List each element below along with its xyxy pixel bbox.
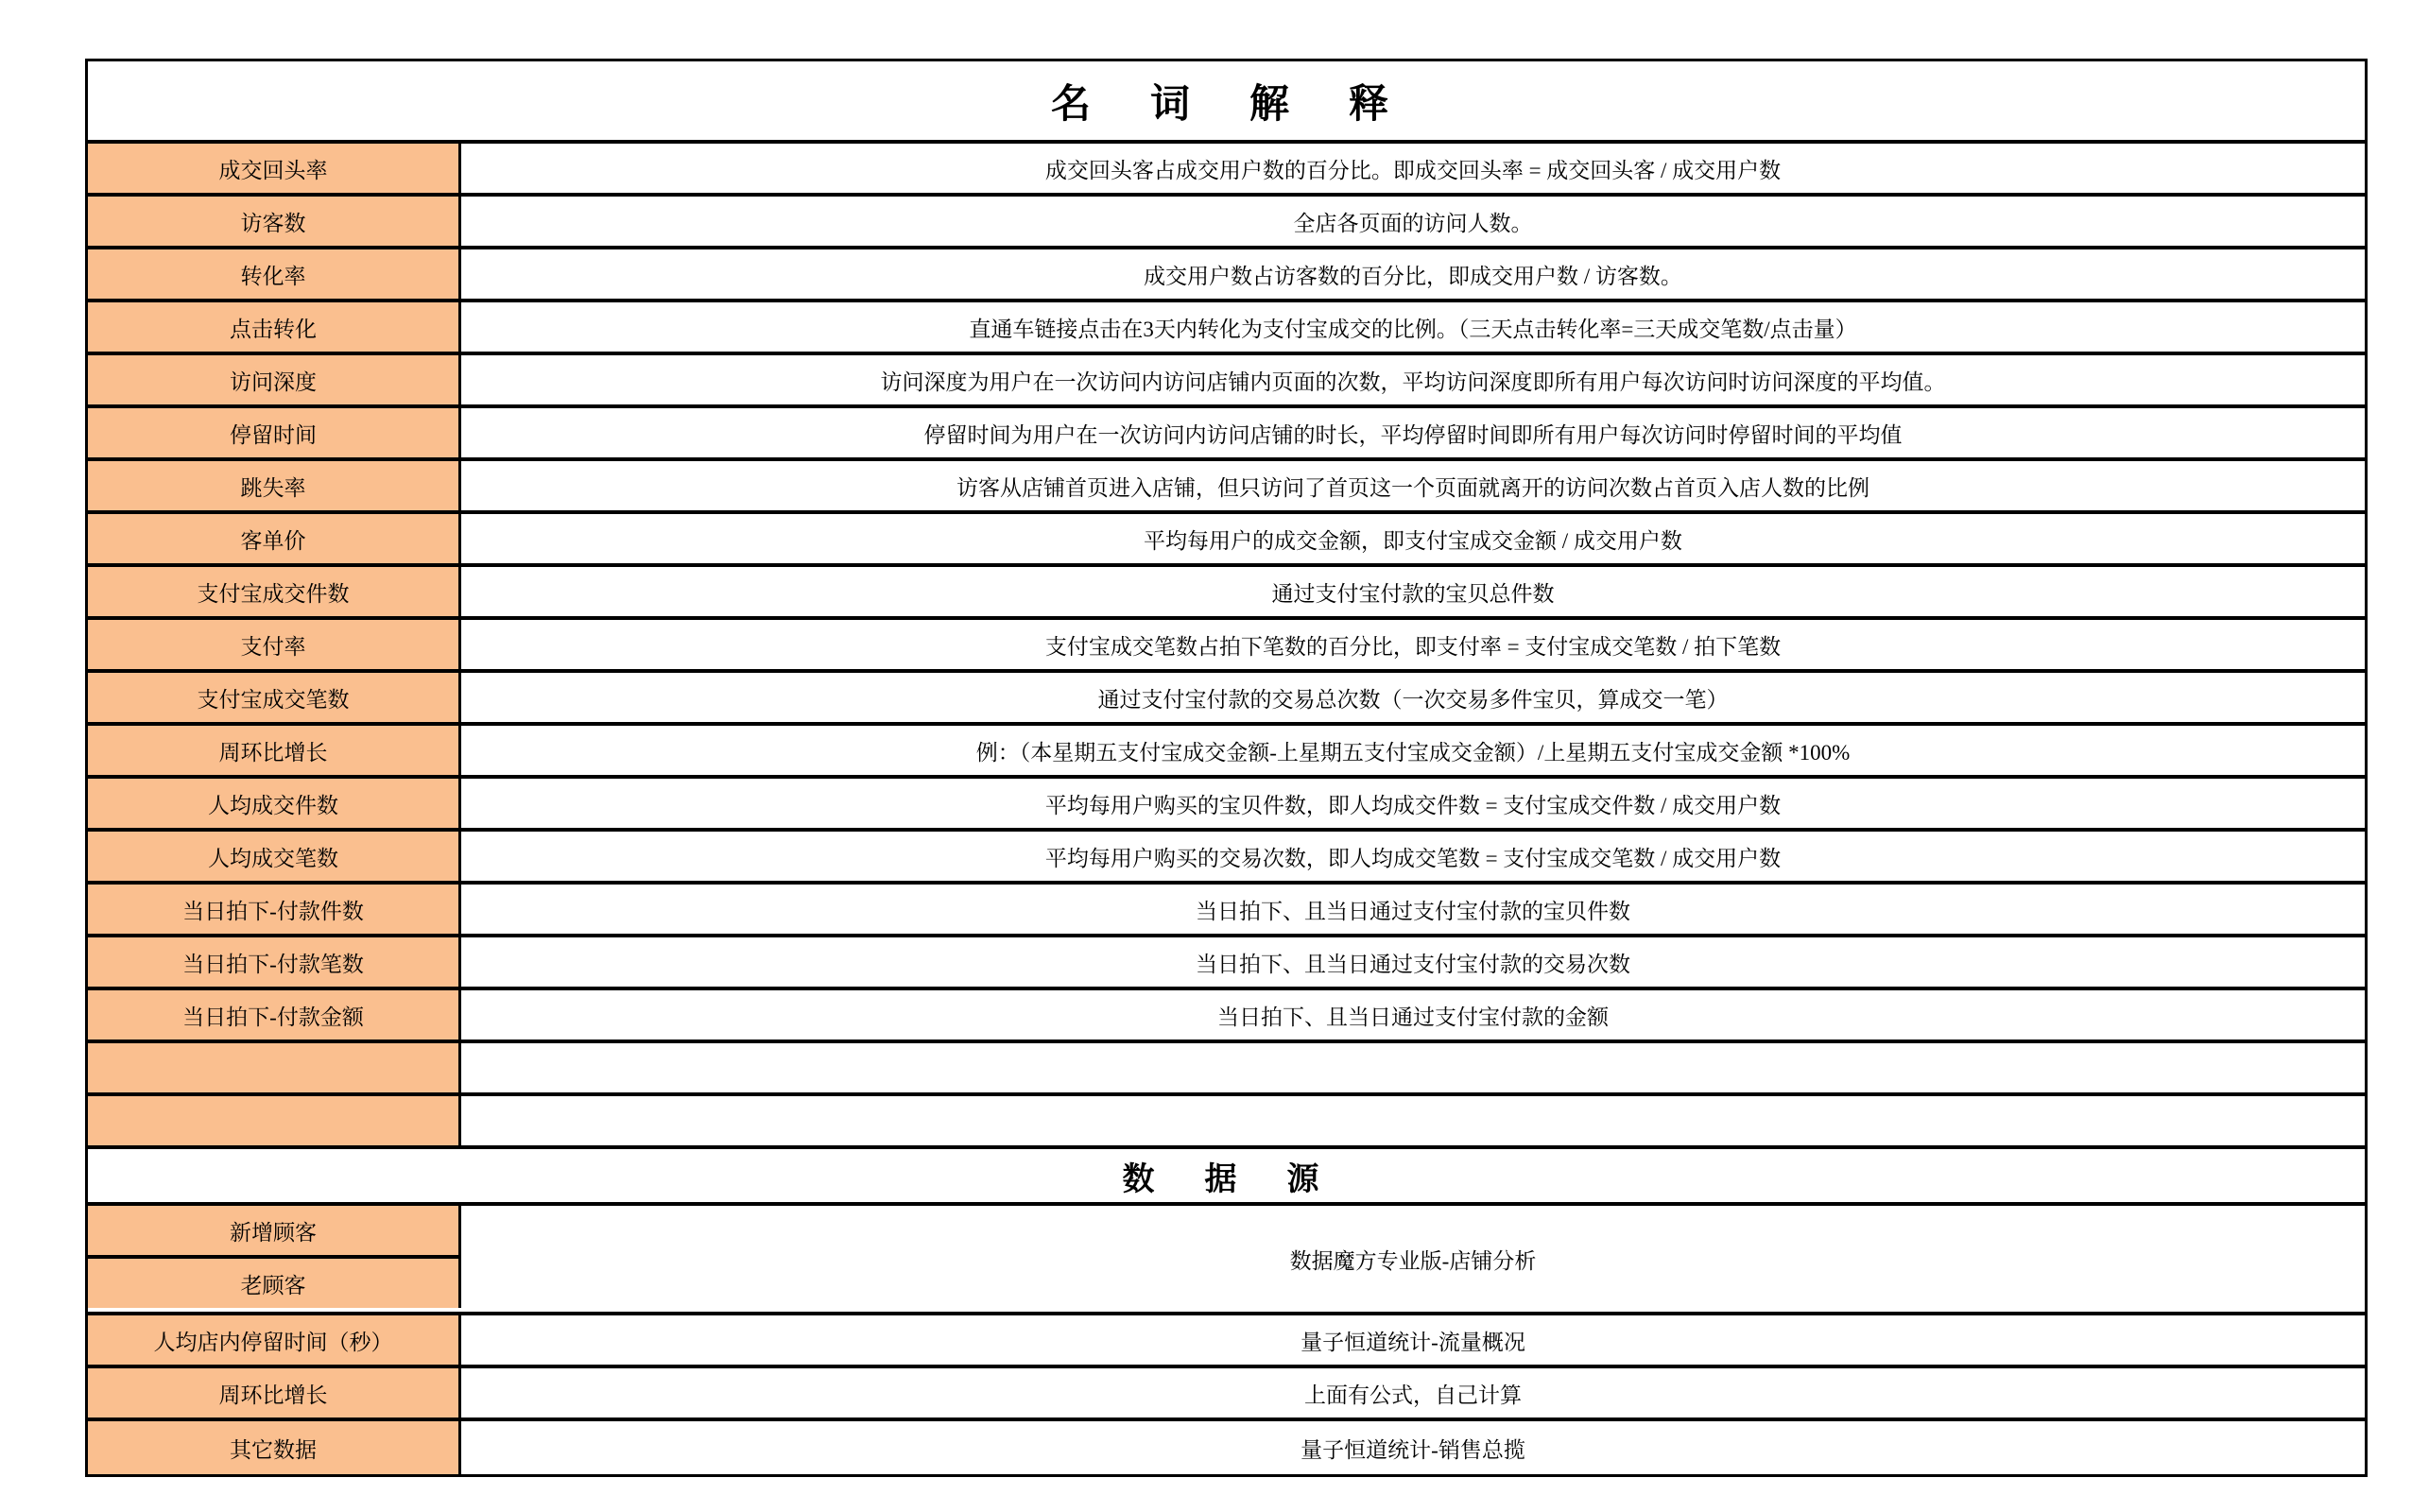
definition-cell: 访客从店铺首页进入店铺，但只访问了首页这一个页面就离开的访问次数占首页入店人数的… [461,461,2365,510]
term-cell: 转化率 [88,249,461,299]
merged-source-row: 新增顾客 老顾客 数据魔方专业版-店铺分析 [88,1206,2365,1315]
term-cell: 支付宝成交件数 [88,567,461,616]
term-cell-returning-customers: 老顾客 [88,1259,461,1308]
definition-cell: 支付宝成交笔数占拍下笔数的百分比，即支付率 = 支付宝成交笔数 / 拍下笔数 [461,620,2365,669]
term-cell: 支付率 [88,620,461,669]
glossary-table: 名 词 解 释 成交回头率 成交回头客占成交用户数的百分比。即成交回头率 = 成… [85,59,2368,1477]
table-row: 转化率 成交用户数占访客数的百分比，即成交用户数 / 访客数。 [88,249,2365,302]
table-row: 周环比增长 上面有公式，自己计算 [88,1368,2365,1421]
table-row: 其它数据 量子恒道统计-销售总揽 [88,1421,2365,1474]
term-cell: 周环比增长 [88,1368,461,1417]
definition-cell: 当日拍下、且当日通过支付宝付款的金额 [461,990,2365,1039]
definition-cell: 上面有公式，自己计算 [461,1368,2365,1417]
term-cell: 停留时间 [88,408,461,457]
definition-cell: 通过支付宝付款的交易总次数（一次交易多件宝贝，算成交一笔） [461,673,2365,722]
definition-cell [461,1043,2365,1092]
term-cell: 客单价 [88,514,461,563]
definition-cell: 平均每用户购买的宝贝件数，即人均成交件数 = 支付宝成交件数 / 成交用户数 [461,779,2365,828]
definition-cell-merged: 数据魔方专业版-店铺分析 [461,1206,2365,1312]
table-row: 支付宝成交件数 通过支付宝付款的宝贝总件数 [88,567,2365,620]
definition-cell: 成交用户数占访客数的百分比，即成交用户数 / 访客数。 [461,249,2365,299]
source-rows-container: 人均店内停留时间（秒） 量子恒道统计-流量概况 周环比增长 上面有公式，自己计算… [88,1315,2365,1474]
glossary-title: 名 词 解 释 [88,61,2365,144]
definition-cell: 例：（本星期五支付宝成交金额-上星期五支付宝成交金额）/上星期五支付宝成交金额 … [461,726,2365,775]
table-row: 跳失率 访客从店铺首页进入店铺，但只访问了首页这一个页面就离开的访问次数占首页入… [88,461,2365,514]
table-row: 周环比增长 例：（本星期五支付宝成交金额-上星期五支付宝成交金额）/上星期五支付… [88,726,2365,779]
term-cell: 人均成交件数 [88,779,461,828]
definition-cell: 停留时间为用户在一次访问内访问店铺的时长，平均停留时间即所有用户每次访问时停留时… [461,408,2365,457]
glossary-rows-container: 成交回头率 成交回头客占成交用户数的百分比。即成交回头率 = 成交回头客 / 成… [88,144,2365,1149]
table-row: 人均成交件数 平均每用户购买的宝贝件数，即人均成交件数 = 支付宝成交件数 / … [88,779,2365,832]
term-cell: 成交回头率 [88,144,461,193]
data-source-title: 数 据 源 [88,1149,2365,1206]
term-cell: 访客数 [88,197,461,246]
table-row: 成交回头率 成交回头客占成交用户数的百分比。即成交回头率 = 成交回头客 / 成… [88,144,2365,197]
definition-cell: 量子恒道统计-销售总揽 [461,1421,2365,1474]
table-row: 访客数 全店各页面的访问人数。 [88,197,2365,249]
definition-cell: 当日拍下、且当日通过支付宝付款的交易次数 [461,937,2365,987]
term-cell: 当日拍下-付款笔数 [88,937,461,987]
merged-term-stack: 新增顾客 老顾客 [88,1206,461,1312]
definition-cell: 当日拍下、且当日通过支付宝付款的宝贝件数 [461,885,2365,934]
definition-cell: 全店各页面的访问人数。 [461,197,2365,246]
table-row: 支付宝成交笔数 通过支付宝付款的交易总次数（一次交易多件宝贝，算成交一笔） [88,673,2365,726]
term-cell: 人均店内停留时间（秒） [88,1315,461,1365]
table-row: 客单价 平均每用户的成交金额，即支付宝成交金额 / 成交用户数 [88,514,2365,567]
term-cell: 支付宝成交笔数 [88,673,461,722]
term-cell: 周环比增长 [88,726,461,775]
table-row: 当日拍下-付款笔数 当日拍下、且当日通过支付宝付款的交易次数 [88,937,2365,990]
table-row: 支付率 支付宝成交笔数占拍下笔数的百分比，即支付率 = 支付宝成交笔数 / 拍下… [88,620,2365,673]
term-cell: 跳失率 [88,461,461,510]
definition-cell: 成交回头客占成交用户数的百分比。即成交回头率 = 成交回头客 / 成交用户数 [461,144,2365,193]
definition-cell: 平均每用户购买的交易次数，即人均成交笔数 = 支付宝成交笔数 / 成交用户数 [461,832,2365,881]
definition-cell: 量子恒道统计-流量概况 [461,1315,2365,1365]
term-cell [88,1096,461,1145]
term-cell [88,1043,461,1092]
definition-cell: 通过支付宝付款的宝贝总件数 [461,567,2365,616]
table-row: 点击转化 直通车链接点击在3天内转化为支付宝成交的比例。（三天点击转化率=三天成… [88,302,2365,355]
term-cell: 当日拍下-付款金额 [88,990,461,1039]
term-cell: 点击转化 [88,302,461,352]
term-cell-new-customers: 新增顾客 [88,1206,461,1259]
table-row: 人均成交笔数 平均每用户购买的交易次数，即人均成交笔数 = 支付宝成交笔数 / … [88,832,2365,885]
term-cell: 当日拍下-付款件数 [88,885,461,934]
spreadsheet-page: 名 词 解 释 成交回头率 成交回头客占成交用户数的百分比。即成交回头率 = 成… [0,0,2429,1512]
table-row: 当日拍下-付款件数 当日拍下、且当日通过支付宝付款的宝贝件数 [88,885,2365,937]
table-row [88,1096,2365,1149]
definition-cell: 直通车链接点击在3天内转化为支付宝成交的比例。（三天点击转化率=三天成交笔数/点… [461,302,2365,352]
definition-cell: 访问深度为用户在一次访问内访问店铺内页面的次数，平均访问深度即所有用户每次访问时… [461,355,2365,404]
definition-cell: 平均每用户的成交金额，即支付宝成交金额 / 成交用户数 [461,514,2365,563]
term-cell: 访问深度 [88,355,461,404]
table-row: 当日拍下-付款金额 当日拍下、且当日通过支付宝付款的金额 [88,990,2365,1043]
table-row: 停留时间 停留时间为用户在一次访问内访问店铺的时长，平均停留时间即所有用户每次访… [88,408,2365,461]
table-row: 访问深度 访问深度为用户在一次访问内访问店铺内页面的次数，平均访问深度即所有用户… [88,355,2365,408]
term-cell: 其它数据 [88,1421,461,1474]
table-row: 人均店内停留时间（秒） 量子恒道统计-流量概况 [88,1315,2365,1368]
definition-cell [461,1096,2365,1145]
term-cell: 人均成交笔数 [88,832,461,881]
table-row [88,1043,2365,1096]
